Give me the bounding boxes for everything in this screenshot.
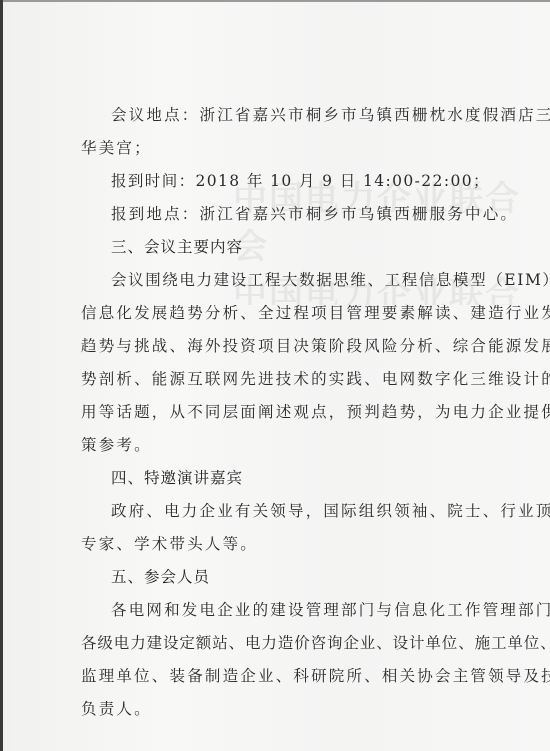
paragraph-line: 监理单位、装备制造企业、科研院所、相关协会主管领导及技术	[81, 666, 550, 686]
paragraph-line: 政府、电力企业有关领导，国际组织领袖、院士、行业顶级	[111, 501, 550, 521]
paragraph-line: 专家、学术带头人等。	[81, 534, 258, 554]
paragraph-line: 趋势与挑战、海外投资项目决策阶段风险分析、综合能源发展趋	[81, 336, 550, 356]
section-heading-3: 三、会议主要内容	[111, 237, 243, 257]
paragraph-line: 各级电力建设定额站、电力造价咨询企业、设计单位、施工单位、	[81, 633, 550, 653]
section-heading-4: 四、特邀演讲嘉宾	[111, 468, 243, 488]
registration-place: 报到地点：浙江省嘉兴市桐乡市乌镇西栅服务中心。	[111, 204, 518, 224]
venue-line: 会议地点：浙江省嘉兴市桐乡市乌镇西栅枕水度假酒店三层	[111, 105, 550, 125]
paragraph-line: 势剖析、能源互联网先进技术的实践、电网数字化三维设计的应	[81, 369, 550, 389]
paragraph-line: 负责人。	[81, 699, 152, 719]
section-heading-5: 五、参会人员	[111, 567, 210, 587]
scan-edge	[3, 0, 550, 2]
paragraph-line: 会议围绕电力建设工程大数据思维、工程信息模型（EIM）及	[111, 270, 550, 290]
scanned-page: 中国电力企业联合会中国电力企业联合 会议地点：浙江省嘉兴市桐乡市乌镇西栅枕水度假…	[0, 0, 550, 751]
paragraph-line: 各电网和发电企业的建设管理部门与信息化工作管理部门、	[111, 600, 550, 620]
registration-time: 报到时间：2018 年 10 月 9 日 14:00-22:00；	[111, 171, 490, 191]
paragraph-line: 用等话题，从不同层面阐述观点，预判趋势，为电力企业提供决	[81, 402, 550, 422]
paragraph-line: 信息化发展趋势分析、全过程项目管理要素解读、建造行业发展	[81, 303, 550, 323]
paragraph-line: 策参考。	[81, 435, 152, 455]
venue-line-cont: 华美宫；	[81, 138, 152, 158]
